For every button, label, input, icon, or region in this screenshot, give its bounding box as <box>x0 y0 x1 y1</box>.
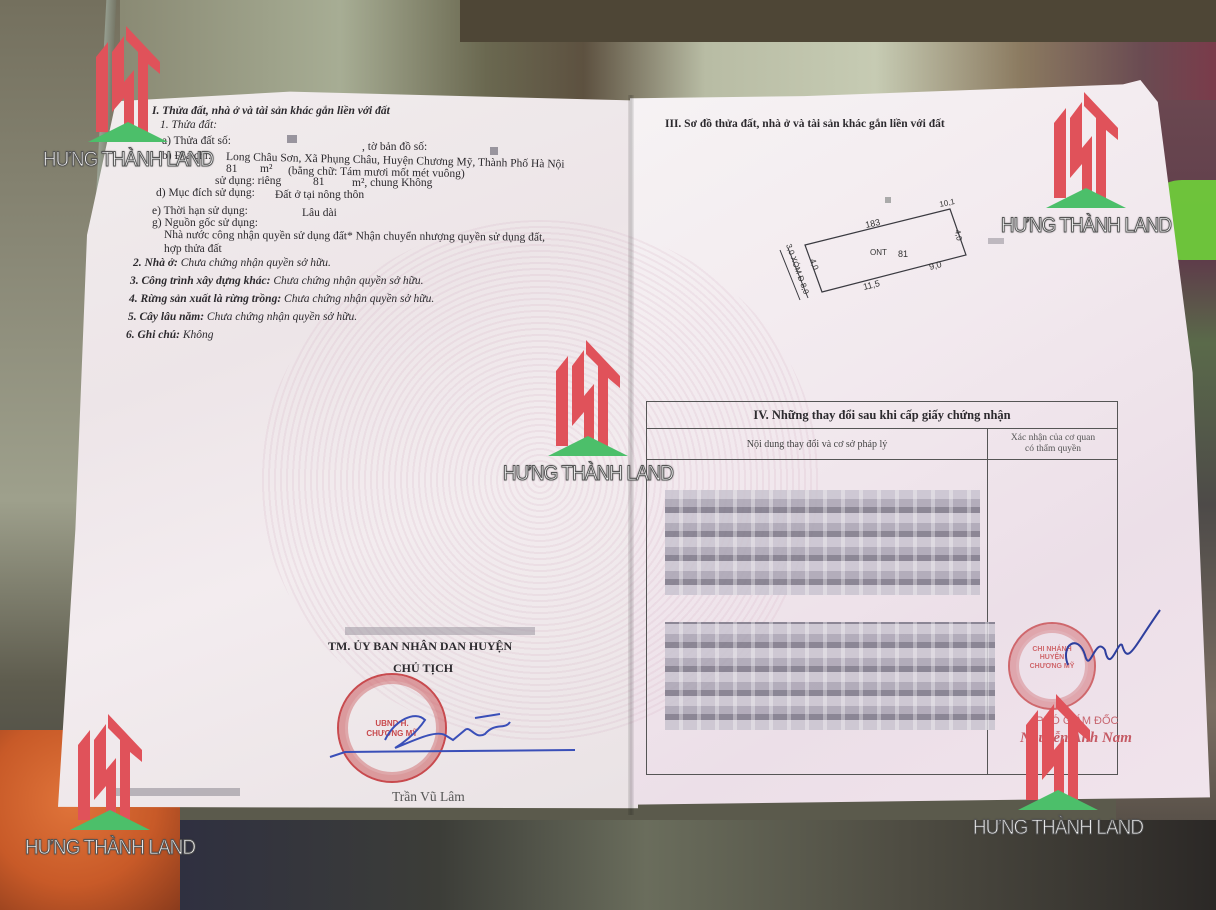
signoff-title: CHỦ TỊCH <box>393 662 453 674</box>
usage-term-label: e) Thời hạn sử dụng: <box>152 206 248 218</box>
usage-term-value: Lâu dài <box>302 208 337 220</box>
item-production-forest-label: 4. Rừng sản xuất là rừng trồng: <box>129 293 281 305</box>
item-perennial-trees-label: 5. Cây lâu năm: <box>128 311 204 323</box>
item-other-construction: 3. Công trình xây dựng khác: Chưa chứng … <box>130 276 424 288</box>
redacted-diagram-note <box>988 238 1004 244</box>
item-production-forest: 4. Rừng sản xuất là rừng trồng: Chưa chứ… <box>129 294 434 306</box>
chairman-name: Trần Vũ Lâm <box>392 790 465 804</box>
watermark-bottom-right: HƯNG THÀNH LAND <box>958 690 1158 840</box>
changes-column-confirmation: Xác nhận của cơ quan có thẩm quyền <box>987 429 1118 460</box>
section-4-title: IV. Những thay đổi sau khi cấp giấy chứn… <box>647 402 1117 429</box>
item-notes-label: 6. Ghi chú: <box>126 329 180 341</box>
shared-area-value: m², chung Không <box>352 178 432 190</box>
watermark-brand-text: HƯNG THÀNH LAND <box>498 462 678 486</box>
diagram-left-side: 4,0 <box>808 258 820 272</box>
usage-form-label: sử dụng: riêng <box>215 176 281 188</box>
item-notes-value: Không <box>183 329 214 341</box>
ht-logo-icon <box>70 710 150 830</box>
land-parcel-diagram: ONT 81 183 10,1 4,0 11,5 9,0 4,0 3,0 XÓM… <box>770 195 1010 320</box>
item-notes: 6. Ghi chú: Không <box>126 330 214 342</box>
deputy-director-signature <box>1050 605 1165 685</box>
origin-label: g) Nguồn gốc sử dụng: <box>152 218 258 230</box>
redacted-parcel-number <box>287 135 297 143</box>
diagram-parcel-label: ONT <box>870 248 887 257</box>
ht-logo-icon <box>1046 88 1126 208</box>
watermark-top-left: HƯNG THÀNH LAND <box>28 22 228 172</box>
redacted-map-sheet <box>490 147 498 155</box>
watermark-brand-text: HƯNG THÀNH LAND <box>38 148 218 172</box>
diagram-area: 81 <box>898 249 908 259</box>
watermark-top-right: HƯNG THÀNH LAND <box>986 88 1186 238</box>
redacted-change-entry-2 <box>665 622 995 730</box>
watermark-brand-text: HƯNG THÀNH LAND <box>968 816 1148 840</box>
confirmation-header-line-1: Xác nhận của cơ quan <box>1011 433 1095 444</box>
ht-logo-icon <box>1018 690 1098 810</box>
item-house: 2. Nhà ở: Chưa chứng nhận quyền sở hữu. <box>133 258 331 270</box>
area-unit: m² <box>260 164 272 176</box>
private-area-value: 81 <box>313 177 325 189</box>
origin-value-line-2: hợp thửa đất <box>164 244 222 256</box>
diagram-bottom-left: 11,5 <box>862 278 881 292</box>
diagram-bottom-right: 9,0 <box>928 259 943 272</box>
watermark-center: HƯNG THÀNH LAND <box>488 336 688 486</box>
map-sheet-label: , tờ bản đồ số: <box>362 142 427 154</box>
confirmation-header-line-2: có thẩm quyền <box>1025 444 1081 455</box>
changes-column-content: Nội dung thay đổi và cơ sở pháp lý <box>647 429 987 460</box>
item-house-label: 2. Nhà ở: <box>133 257 178 269</box>
item-perennial-trees: 5. Cây lâu năm: Chưa chứng nhận quyền sở… <box>128 312 357 324</box>
diagram-top-neighbor: 183 <box>864 217 881 230</box>
diagram-right-side: 4,0 <box>953 229 964 242</box>
ht-logo-icon <box>88 22 168 142</box>
redacted-change-entry-1 <box>665 490 980 595</box>
chairman-signature <box>325 700 585 770</box>
watermark-brand-text: HƯNG THÀNH LAND <box>20 836 200 860</box>
ht-logo-icon <box>548 336 628 456</box>
signoff-organization: TM. ỦY BAN NHÂN DAN HUYỆN <box>328 640 512 652</box>
watermark-bottom-left: HƯNG THÀNH LAND <box>10 710 210 860</box>
item-production-forest-value: Chưa chứng nhận quyền sở hữu. <box>284 293 434 305</box>
item-house-value: Chưa chứng nhận quyền sở hữu. <box>181 257 331 269</box>
item-other-construction-label: 3. Công trình xây dựng khác: <box>130 275 270 287</box>
redacted-date-line <box>345 627 535 635</box>
item-other-construction-value: Chưa chứng nhận quyền sở hữu. <box>273 275 423 287</box>
usage-purpose-label: d) Mục đích sử dụng: <box>156 188 255 200</box>
item-perennial-trees-value: Chưa chứng nhận quyền sở hữu. <box>207 311 357 323</box>
usage-purpose-value: Đất ở tại nông thôn <box>275 190 364 202</box>
section-3-title: III. Sơ đồ thửa đất, nhà ở và tài sản kh… <box>665 119 945 131</box>
diagram-corner: 10,1 <box>939 197 957 209</box>
watermark-brand-text: HƯNG THÀNH LAND <box>996 214 1176 238</box>
